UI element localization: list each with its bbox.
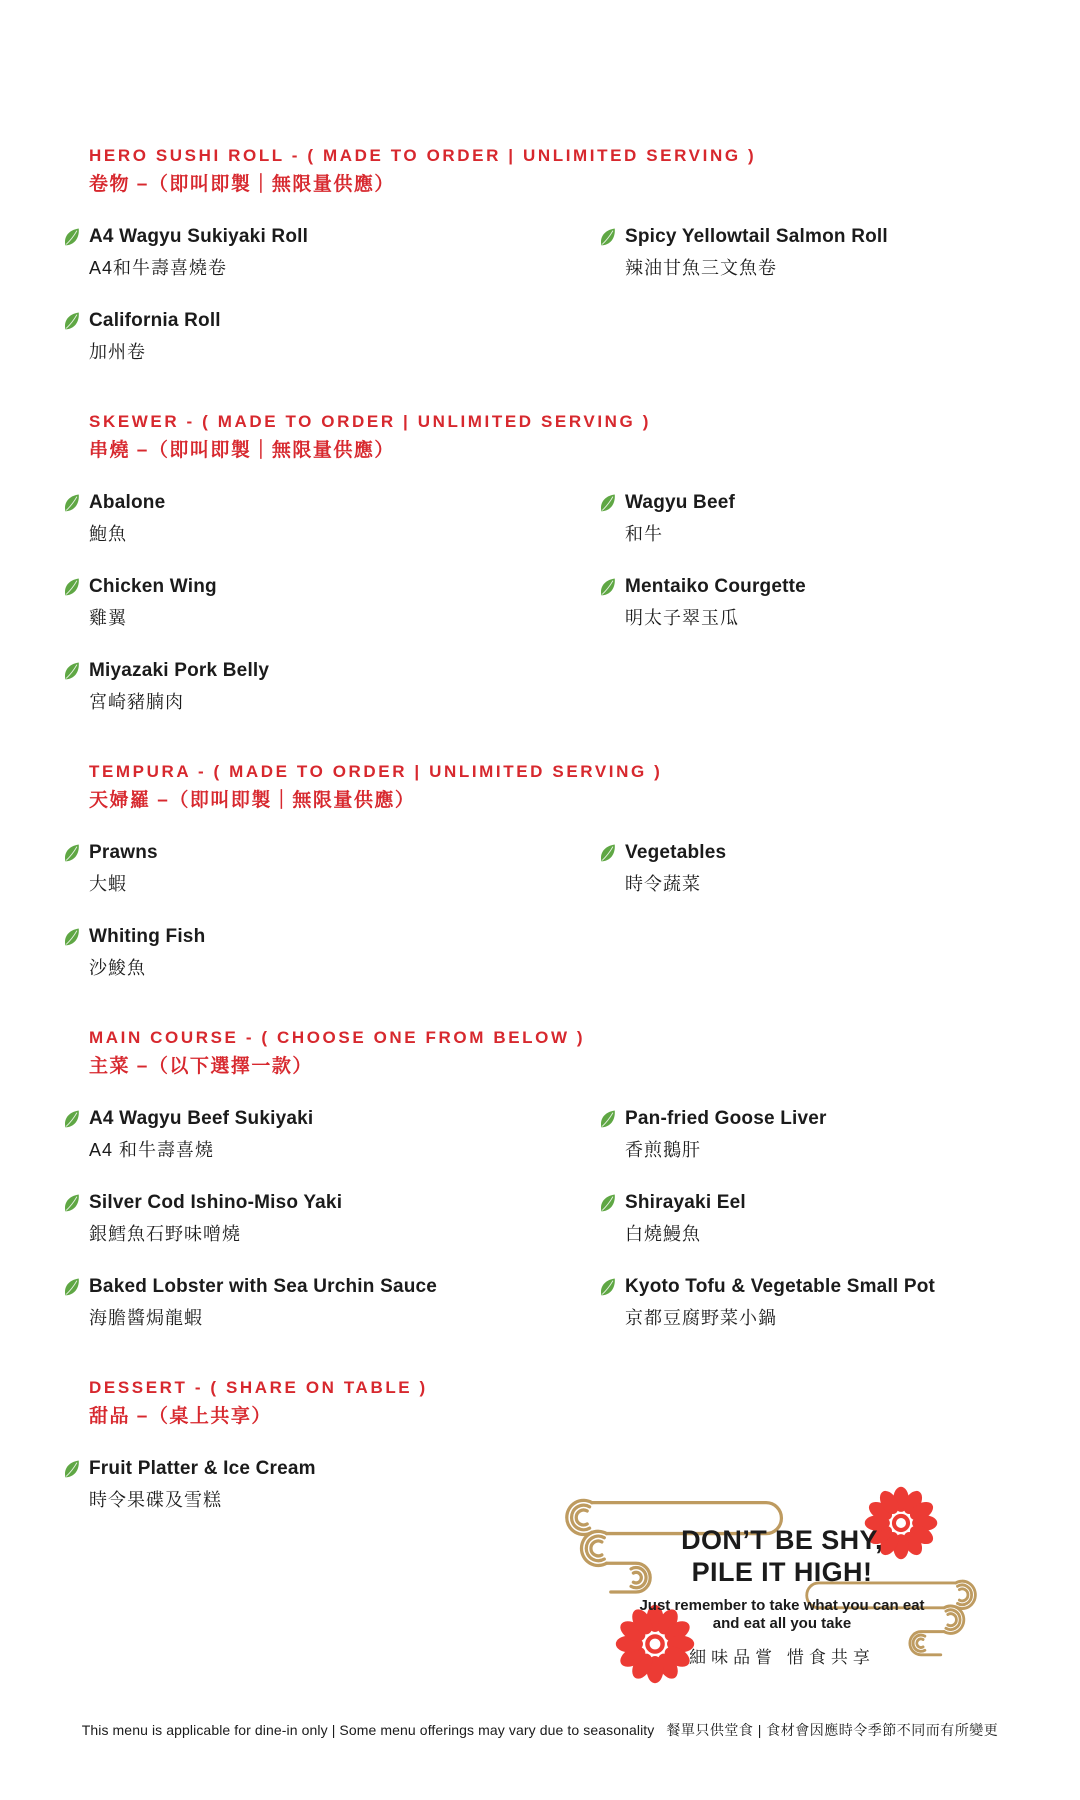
section-title-en: TEMPURA - ( MADE TO ORDER | UNLIMITED SE… (89, 760, 995, 783)
item-name-en: Kyoto Tofu & Vegetable Small Pot (625, 1274, 995, 1299)
item-name-en: Whiting Fish (89, 924, 625, 949)
vegetarian-leaf-icon (62, 311, 82, 331)
section-title-cn: 卷物 –（即叫即製｜無限量供應） (89, 172, 995, 198)
menu-section: SKEWER - ( MADE TO ORDER | UNLIMITED SER… (89, 410, 995, 716)
menu-section: MAIN COURSE - ( CHOOSE ONE FROM BELOW ) … (89, 1026, 995, 1332)
menu-item: Vegetables 時令蔬菜 (625, 840, 995, 898)
menu-page: HERO SUSHI ROLL - ( MADE TO ORDER | UNLI… (0, 0, 1080, 1800)
vegetarian-leaf-icon (62, 1277, 82, 1297)
section-header: DESSERT - ( SHARE ON TABLE ) 甜品 –（桌上共享） (89, 1376, 995, 1430)
menu-item: Miyazaki Pork Belly 宮崎豬腩肉 (89, 658, 625, 716)
section-items: Abalone 鮑魚 Wagyu Beef 和牛 Chicken Wing (89, 490, 995, 716)
vegetarian-leaf-icon (62, 843, 82, 863)
menu-item: Pan-fried Goose Liver 香煎鵝肝 (625, 1106, 995, 1164)
item-name-cn: 時令蔬菜 (625, 871, 995, 898)
item-name-en: A4 Wagyu Sukiyaki Roll (89, 224, 625, 249)
section-header: MAIN COURSE - ( CHOOSE ONE FROM BELOW ) … (89, 1026, 995, 1080)
section-items: A4 Wagyu Sukiyaki Roll A4和牛壽喜燒卷 Spicy Ye… (89, 224, 995, 366)
item-name-en: Pan-fried Goose Liver (625, 1106, 995, 1131)
menu-item: Prawns 大蝦 (89, 840, 625, 898)
promo-subline-2: and eat all you take (582, 1615, 982, 1632)
vegetarian-leaf-icon (598, 1109, 618, 1129)
menu-item: Mentaiko Courgette 明太子翠玉瓜 (625, 574, 995, 632)
item-name-en: Vegetables (625, 840, 995, 865)
item-name-cn: 雞翼 (89, 605, 625, 632)
section-items: Fruit Platter & Ice Cream 時令果碟及雪糕 (89, 1456, 995, 1514)
footer-note-en: This menu is applicable for dine-in only… (82, 1722, 655, 1738)
vegetarian-leaf-icon (62, 577, 82, 597)
menu-item: Wagyu Beef 和牛 (625, 490, 995, 548)
item-name-cn: 時令果碟及雪糕 (89, 1487, 625, 1514)
section-header: TEMPURA - ( MADE TO ORDER | UNLIMITED SE… (89, 760, 995, 814)
item-name-en: Prawns (89, 840, 625, 865)
menu-section: DESSERT - ( SHARE ON TABLE ) 甜品 –（桌上共享） … (89, 1376, 995, 1514)
section-items: Prawns 大蝦 Vegetables 時令蔬菜 Whiting Fish (89, 840, 995, 982)
section-title-en: SKEWER - ( MADE TO ORDER | UNLIMITED SER… (89, 410, 995, 433)
section-title-en: HERO SUSHI ROLL - ( MADE TO ORDER | UNLI… (89, 144, 995, 167)
menu-item: Shirayaki Eel 白燒鰻魚 (625, 1190, 995, 1248)
menu-item: Baked Lobster with Sea Urchin Sauce 海膽醬焗… (89, 1274, 625, 1332)
menu-item: Kyoto Tofu & Vegetable Small Pot 京都豆腐野菜小… (625, 1274, 995, 1332)
footer-note: This menu is applicable for dine-in only… (0, 1720, 1080, 1740)
vegetarian-leaf-icon (62, 1193, 82, 1213)
vegetarian-leaf-icon (62, 927, 82, 947)
item-name-en: Shirayaki Eel (625, 1190, 995, 1215)
vegetarian-leaf-icon (62, 227, 82, 247)
vegetarian-leaf-icon (62, 1109, 82, 1129)
menu-section: TEMPURA - ( MADE TO ORDER | UNLIMITED SE… (89, 760, 995, 982)
vegetarian-leaf-icon (598, 1277, 618, 1297)
menu-item: Spicy Yellowtail Salmon Roll 辣油甘魚三文魚卷 (625, 224, 995, 282)
item-name-en: Spicy Yellowtail Salmon Roll (625, 224, 995, 249)
promo-subline-1: Just remember to take what you can eat (582, 1597, 982, 1614)
section-title-en: DESSERT - ( SHARE ON TABLE ) (89, 1376, 995, 1399)
item-name-en: Silver Cod Ishino-Miso Yaki (89, 1190, 625, 1215)
menu-item: Silver Cod Ishino-Miso Yaki 銀鱈魚石野味噌燒 (89, 1190, 625, 1248)
cloud-scroll-right-icon (789, 1576, 987, 1666)
menu-item: California Roll 加州卷 (89, 308, 625, 366)
vegetarian-leaf-icon (598, 577, 618, 597)
item-name-cn: 宮崎豬腩肉 (89, 689, 625, 716)
item-name-en: A4 Wagyu Beef Sukiyaki (89, 1106, 625, 1131)
item-name-cn: 海膽醬焗龍蝦 (89, 1305, 625, 1332)
item-name-en: Abalone (89, 490, 625, 515)
promo-headline-2: PILE IT HIGH! (582, 1556, 982, 1588)
item-name-cn: A4和牛壽喜燒卷 (89, 255, 625, 282)
footer-note-cn: 餐單只供堂食 | 食材會因應時令季節不同而有所變更 (666, 1722, 998, 1738)
section-header: HERO SUSHI ROLL - ( MADE TO ORDER | UNLI… (89, 144, 995, 198)
section-header: SKEWER - ( MADE TO ORDER | UNLIMITED SER… (89, 410, 995, 464)
item-name-cn: A4 和牛壽喜燒 (89, 1137, 625, 1164)
vegetarian-leaf-icon (598, 493, 618, 513)
item-name-cn: 明太子翠玉瓜 (625, 605, 995, 632)
chrysanthemum-flower-icon (615, 1604, 695, 1684)
item-name-en: Mentaiko Courgette (625, 574, 995, 599)
vegetarian-leaf-icon (598, 227, 618, 247)
item-name-cn: 香煎鵝肝 (625, 1137, 995, 1164)
vegetarian-leaf-icon (598, 1193, 618, 1213)
item-name-en: California Roll (89, 308, 625, 333)
menu-item: Whiting Fish 沙鮻魚 (89, 924, 625, 982)
item-name-en: Chicken Wing (89, 574, 625, 599)
menu-item: Chicken Wing 雞翼 (89, 574, 625, 632)
item-name-en: Wagyu Beef (625, 490, 995, 515)
item-name-cn: 白燒鰻魚 (625, 1221, 995, 1248)
menu-item: A4 Wagyu Beef Sukiyaki A4 和牛壽喜燒 (89, 1106, 625, 1164)
menu-item: Fruit Platter & Ice Cream 時令果碟及雪糕 (89, 1456, 625, 1514)
section-title-cn: 主菜 –（以下選擇一款） (89, 1054, 995, 1080)
menu-section: HERO SUSHI ROLL - ( MADE TO ORDER | UNLI… (89, 144, 995, 366)
section-title-en: MAIN COURSE - ( CHOOSE ONE FROM BELOW ) (89, 1026, 995, 1049)
item-name-cn: 和牛 (625, 521, 995, 548)
item-name-cn: 京都豆腐野菜小鍋 (625, 1305, 995, 1332)
section-items: A4 Wagyu Beef Sukiyaki A4 和牛壽喜燒 Pan-frie… (89, 1106, 995, 1332)
item-name-en: Fruit Platter & Ice Cream (89, 1456, 625, 1481)
vegetarian-leaf-icon (62, 1459, 82, 1479)
item-name-cn: 加州卷 (89, 339, 625, 366)
vegetarian-leaf-icon (62, 661, 82, 681)
menu-item: A4 Wagyu Sukiyaki Roll A4和牛壽喜燒卷 (89, 224, 625, 282)
section-title-cn: 天婦羅 –（即叫即製｜無限量供應） (89, 788, 995, 814)
vegetarian-leaf-icon (598, 843, 618, 863)
menu-item: Abalone 鮑魚 (89, 490, 625, 548)
section-title-cn: 甜品 –（桌上共享） (89, 1404, 995, 1430)
item-name-en: Baked Lobster with Sea Urchin Sauce (89, 1274, 625, 1299)
item-name-cn: 辣油甘魚三文魚卷 (625, 255, 995, 282)
item-name-cn: 銀鱈魚石野味噌燒 (89, 1221, 625, 1248)
menu-sections: HERO SUSHI ROLL - ( MADE TO ORDER | UNLI… (89, 144, 995, 1558)
item-name-cn: 大蝦 (89, 871, 625, 898)
item-name-en: Miyazaki Pork Belly (89, 658, 625, 683)
section-title-cn: 串燒 –（即叫即製｜無限量供應） (89, 438, 995, 464)
vegetarian-leaf-icon (62, 493, 82, 513)
promo-chinese-slogan: 細味品嘗 惜食共享 (582, 1643, 982, 1668)
item-name-cn: 鮑魚 (89, 521, 625, 548)
item-name-cn: 沙鮻魚 (89, 955, 625, 982)
